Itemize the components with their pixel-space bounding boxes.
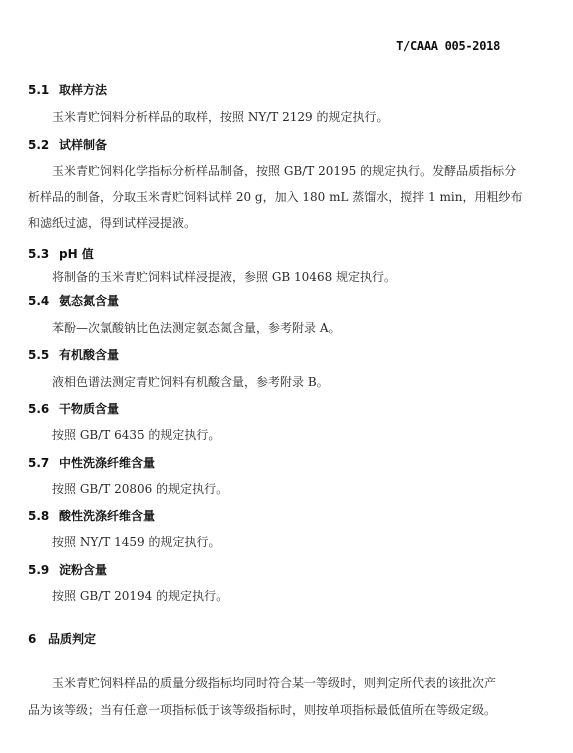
- section-number: 5.9: [28, 563, 59, 577]
- section-title: 取样方法: [59, 83, 107, 97]
- section-title: 酸性洗涤纤维含量: [59, 509, 155, 523]
- section-number: 5.4: [28, 294, 59, 308]
- section-title: 氨态氮含量: [59, 294, 119, 308]
- chapter-title: 品质判定: [48, 632, 96, 646]
- chapter-text: 玉米青贮饲料样品的质量分级指标均同时符合某一等级时，则判定所代表的该批次产: [52, 674, 496, 691]
- chapter-number: 6: [28, 632, 48, 646]
- section-text: 玉米青贮饲料分析样品的取样，按照 NY/T 2129 的规定执行。: [52, 108, 388, 125]
- section-text: 苯酚—次氯酸钠比色法测定氨态氮含量，参考附录 A。: [52, 319, 340, 336]
- section-number: 5.3: [28, 247, 59, 261]
- section-heading-5-7: 5.7中性洗涤纤维含量: [28, 454, 155, 471]
- document-code: T/CAAA 005-2018: [396, 39, 500, 53]
- section-heading-5-6: 5.6干物质含量: [28, 400, 119, 417]
- chapter-text: 品为该等级；当有任意一项指标低于该等级指标时，则按单项指标最低值所在等级定级。: [28, 701, 496, 718]
- section-title: 中性洗涤纤维含量: [59, 456, 155, 470]
- section-number: 5.7: [28, 456, 59, 470]
- section-text: 按照 NY/T 1459 的规定执行。: [52, 533, 220, 550]
- section-heading-5-5: 5.5有机酸含量: [28, 346, 119, 363]
- section-heading-5-9: 5.9淀粉含量: [28, 561, 107, 578]
- section-text: 按照 GB/T 20194 的规定执行。: [52, 587, 228, 604]
- section-heading-5-8: 5.8酸性洗涤纤维含量: [28, 507, 155, 524]
- section-number: 5.2: [28, 138, 59, 152]
- section-text: 液相色谱法测定青贮饲料有机酸含量，参考附录 B。: [52, 373, 329, 390]
- section-text: 析样品的制备，分取玉米青贮饲料试样 20 g，加入 180 mL 蒸馏水，搅拌 …: [28, 188, 523, 205]
- section-heading-5-2: 5.2试样制备: [28, 136, 107, 153]
- section-heading-5-3: 5.3pH 值: [28, 245, 94, 262]
- section-text: 按照 GB/T 20806 的规定执行。: [52, 480, 228, 497]
- section-number: 5.6: [28, 402, 59, 416]
- section-title: pH 值: [59, 247, 94, 261]
- section-number: 5.5: [28, 348, 59, 362]
- section-text: 和滤纸过滤，得到试样浸提液。: [28, 214, 196, 231]
- section-title: 有机酸含量: [59, 348, 119, 362]
- section-title: 试样制备: [59, 138, 107, 152]
- section-title: 干物质含量: [59, 402, 119, 416]
- section-text: 按照 GB/T 6435 的规定执行。: [52, 426, 220, 443]
- section-heading-5-4: 5.4氨态氮含量: [28, 292, 119, 309]
- section-heading-5-1: 5.1取样方法: [28, 81, 107, 98]
- chapter-heading-6: 6品质判定: [28, 630, 96, 647]
- section-number: 5.8: [28, 509, 59, 523]
- section-text: 玉米青贮饲料化学指标分析样品制备，按照 GB/T 20195 的规定执行。发酵品…: [52, 162, 516, 179]
- section-text: 将制备的玉米青贮饲料试样浸提液，参照 GB 10468 规定执行。: [52, 268, 396, 285]
- section-number: 5.1: [28, 83, 59, 97]
- section-title: 淀粉含量: [59, 563, 107, 577]
